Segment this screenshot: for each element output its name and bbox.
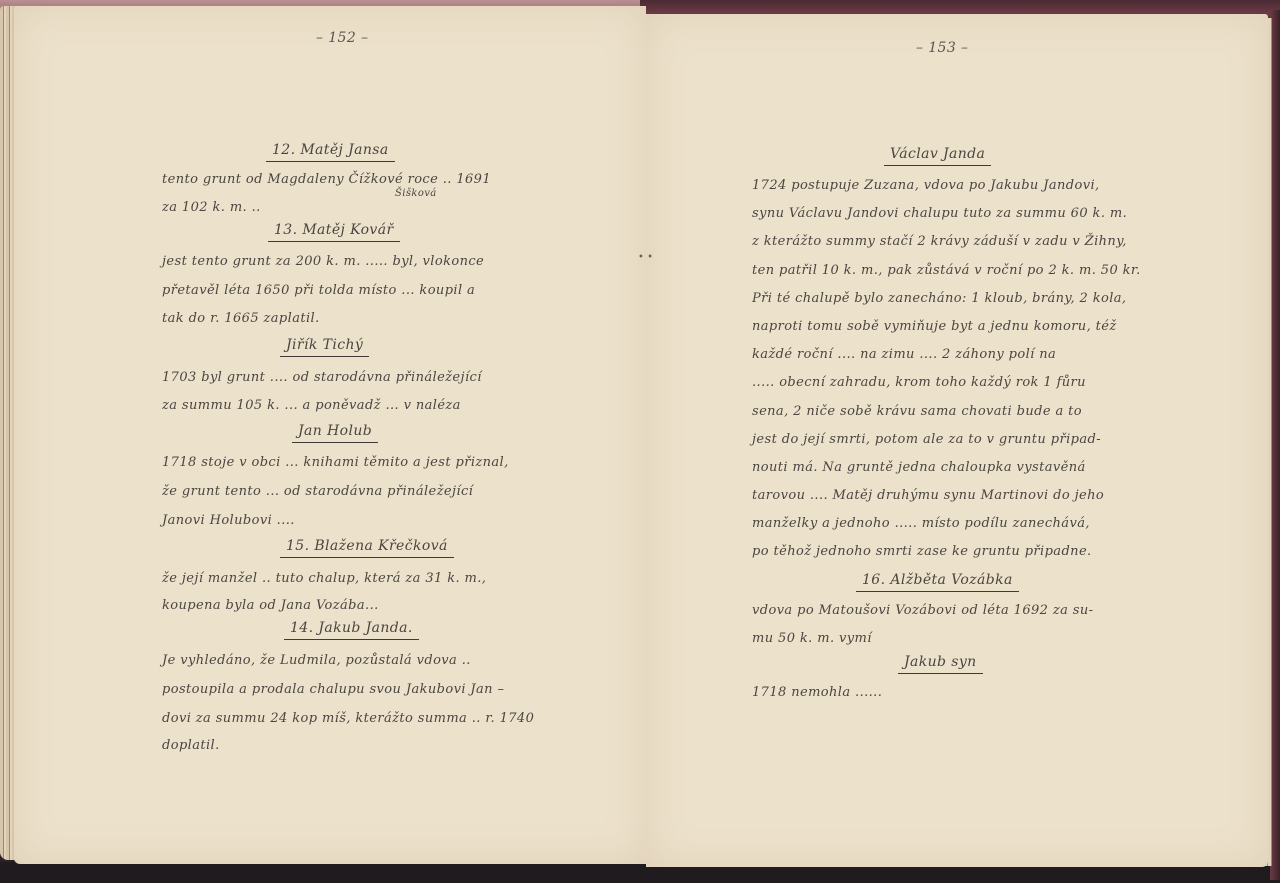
entry-line: koupena byla od Jana Vozába... [162, 598, 379, 613]
entry-line: nouti má. Na gruntě jedna chaloupka vyst… [752, 460, 1086, 475]
entry-line: z kterážto summy stačí 2 krávy záduší v … [752, 234, 1127, 249]
entry-line: každé roční .... na zimu .... 2 záhony p… [752, 347, 1056, 362]
entry-line: synu Václavu Jandovi chalupu tuto za sum… [752, 206, 1127, 221]
entry-heading: 16. Alžběta Vozábka [856, 572, 1019, 592]
entry-line: Janovi Holubovi .... [162, 513, 295, 528]
entry-line: za 102 k. m. .. [162, 200, 261, 215]
entry-line: jest do její smrti, potom ale za to v gr… [752, 432, 1101, 447]
entry-line: vdova po Matoušovi Vozábovi od léta 1692… [752, 603, 1093, 618]
entry-line: přetavěl léta 1650 při tolda místo ... k… [162, 283, 475, 298]
entry-heading: 14. Jakub Janda. [284, 620, 419, 640]
entry-heading: Jiřík Tichý [280, 337, 369, 357]
entry-line: tarovou .... Matěj druhýmu synu Martinov… [752, 488, 1104, 503]
entry-line: 1718 nemohla ...... [752, 685, 882, 700]
entry-line: tak do r. 1665 zaplatil. [162, 311, 320, 326]
entry-line: sena, 2 niče sobě krávu sama chovati bud… [752, 404, 1082, 419]
entry-line: jest tento grunt za 200 k. m. ..... byl,… [162, 254, 484, 269]
entry-heading: Jan Holub [292, 423, 378, 443]
page-number-left: – 152 – [316, 30, 368, 46]
entry-line: naproti tomu sobě vymiňuje byt a jednu k… [752, 319, 1117, 334]
entry-line: 1724 postupuje Zuzana, vdova po Jakubu J… [752, 178, 1100, 193]
entry-line: manželky a jednoho ..... místo podílu za… [752, 516, 1090, 531]
entry-line: po těhož jednoho smrti zase ke gruntu př… [752, 544, 1092, 559]
entry-line: Je vyhledáno, že Ludmila, pozůstalá vdov… [162, 653, 471, 668]
entry-line: Při té chalupě bylo zanecháno: 1 kloub, … [752, 291, 1126, 306]
entry-line: ..... obecní zahradu, krom toho každý ro… [752, 375, 1086, 390]
entry-line: postoupila a prodala chalupu svou Jakubo… [162, 682, 504, 697]
entry-line: mu 50 k. m. vymí [752, 631, 872, 646]
correction-note: Šišková [395, 188, 437, 199]
entry-heading: Jakub syn [898, 654, 983, 674]
entry-line: ten patřil 10 k. m., pak zůstává v roční… [752, 263, 1141, 278]
page-number-right: – 153 – [916, 40, 968, 56]
entry-line: doplatil. [162, 738, 220, 753]
entry-line: dovi za summu 24 kop míš, kterážto summa… [162, 711, 534, 726]
entry-line: že grunt tento ... od starodávna přinále… [162, 484, 473, 499]
binding-holes: • • [638, 252, 653, 263]
entry-heading: 15. Blažena Křečková [280, 538, 454, 558]
entry-line: že její manžel .. tuto chalup, která za … [162, 571, 486, 586]
entry-heading: Václav Janda [884, 146, 991, 166]
entry-line: 1703 byl grunt .... od starodávna přinál… [162, 370, 482, 385]
entry-heading: 12. Matěj Jansa [266, 142, 395, 162]
entry-line: za summu 105 k. ... a poněvadž ... v nal… [162, 398, 461, 413]
entry-line: tento grunt od Magdaleny Čížkové roce ..… [162, 172, 491, 187]
entry-heading: 13. Matěj Kovář [268, 222, 400, 242]
entry-line: 1718 stoje v obci ... knihami těmito a j… [162, 455, 509, 470]
